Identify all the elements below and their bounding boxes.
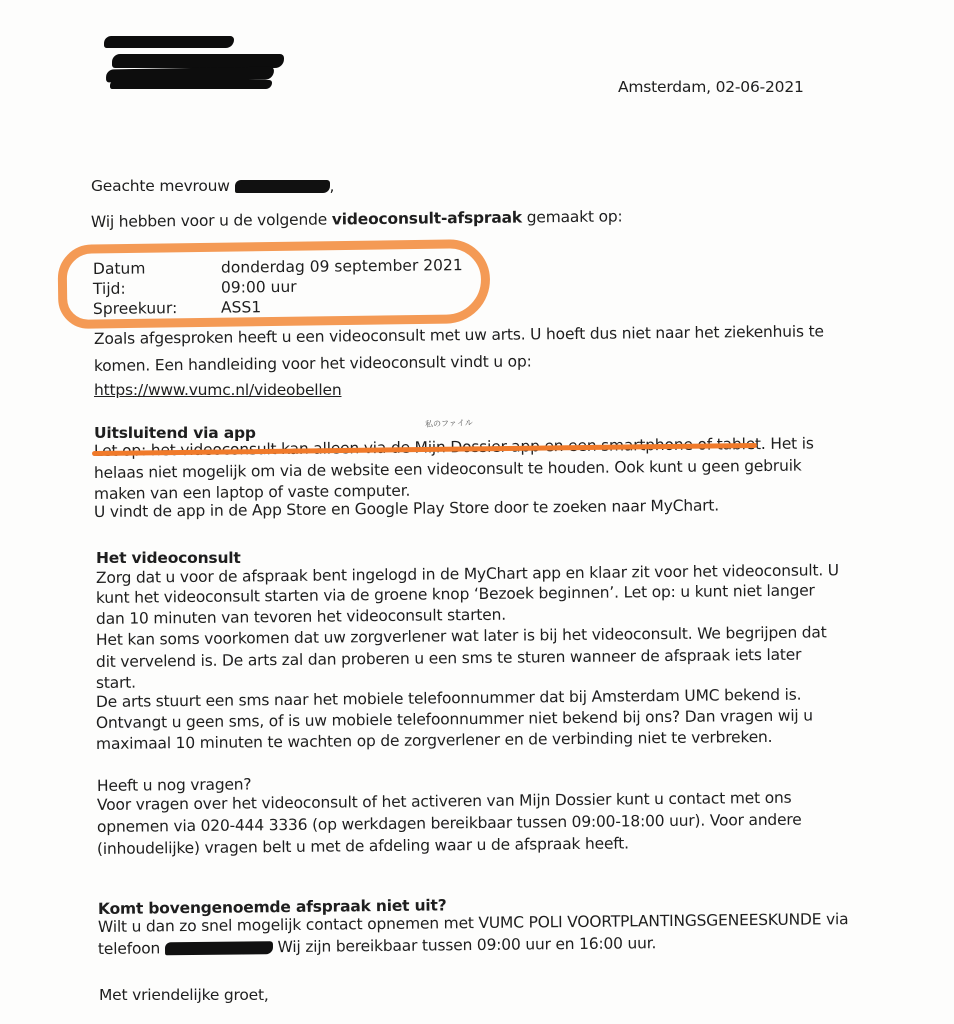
- closing: Met vriendelijke groet,: [99, 985, 269, 1005]
- handleiding-link[interactable]: https://www.vumc.nl/videobellen: [94, 380, 341, 400]
- scanned-letter: Amsterdam, 02-06-2021 Geachte mevrouw , …: [0, 0, 954, 1024]
- appointment-label: Tijd:: [93, 278, 221, 299]
- redacted-phone: [165, 941, 273, 955]
- place-date: Amsterdam, 02-06-2021: [618, 77, 804, 97]
- salutation-suffix: ,: [330, 177, 335, 195]
- appointment-label: Datum: [93, 258, 221, 279]
- intro-suffix: gemaakt op:: [522, 207, 623, 226]
- intro-bold: videoconsult-afspraak: [332, 208, 522, 228]
- appointment-value: 09:00 uur: [221, 278, 297, 297]
- appointment-label: Spreekuur:: [93, 298, 221, 319]
- handwritten-note: 私のファイル: [425, 417, 473, 430]
- telefoon-label: telefoon: [98, 939, 160, 958]
- availability-text: Wij zijn bereikbaar tussen 09:00 uur en …: [277, 934, 656, 956]
- section-video-heading: Het videoconsult: [96, 548, 241, 568]
- appointment-value: donderdag 09 september 2021: [221, 256, 463, 277]
- para1-line2: komen. Een handleiding voor het videocon…: [94, 351, 532, 376]
- appointment-row-clinic: Spreekuur:ASS1: [93, 297, 261, 319]
- section-questions-line: (inhoudelijke) vragen belt u met de afde…: [97, 833, 629, 859]
- redaction-bar: [110, 80, 272, 89]
- intro-text: Wij hebben voor u de volgende: [91, 210, 332, 231]
- appointment-value: ASS1: [221, 298, 261, 316]
- redaction-bar: [104, 36, 234, 48]
- intro-line: Wij hebben voor u de volgende videoconsu…: [91, 206, 623, 232]
- section-cancel-line2: telefoon Wij zijn bereikbaar tussen 09:0…: [98, 933, 656, 959]
- appointment-row-time: Tijd:09:00 uur: [93, 277, 297, 299]
- section-video-line: start.: [96, 673, 136, 693]
- salutation-prefix: Geachte mevrouw: [91, 177, 230, 195]
- redacted-name: [235, 180, 330, 193]
- salutation: Geachte mevrouw ,: [91, 176, 334, 196]
- appointment-row-date: Datumdonderdag 09 september 2021: [93, 255, 463, 279]
